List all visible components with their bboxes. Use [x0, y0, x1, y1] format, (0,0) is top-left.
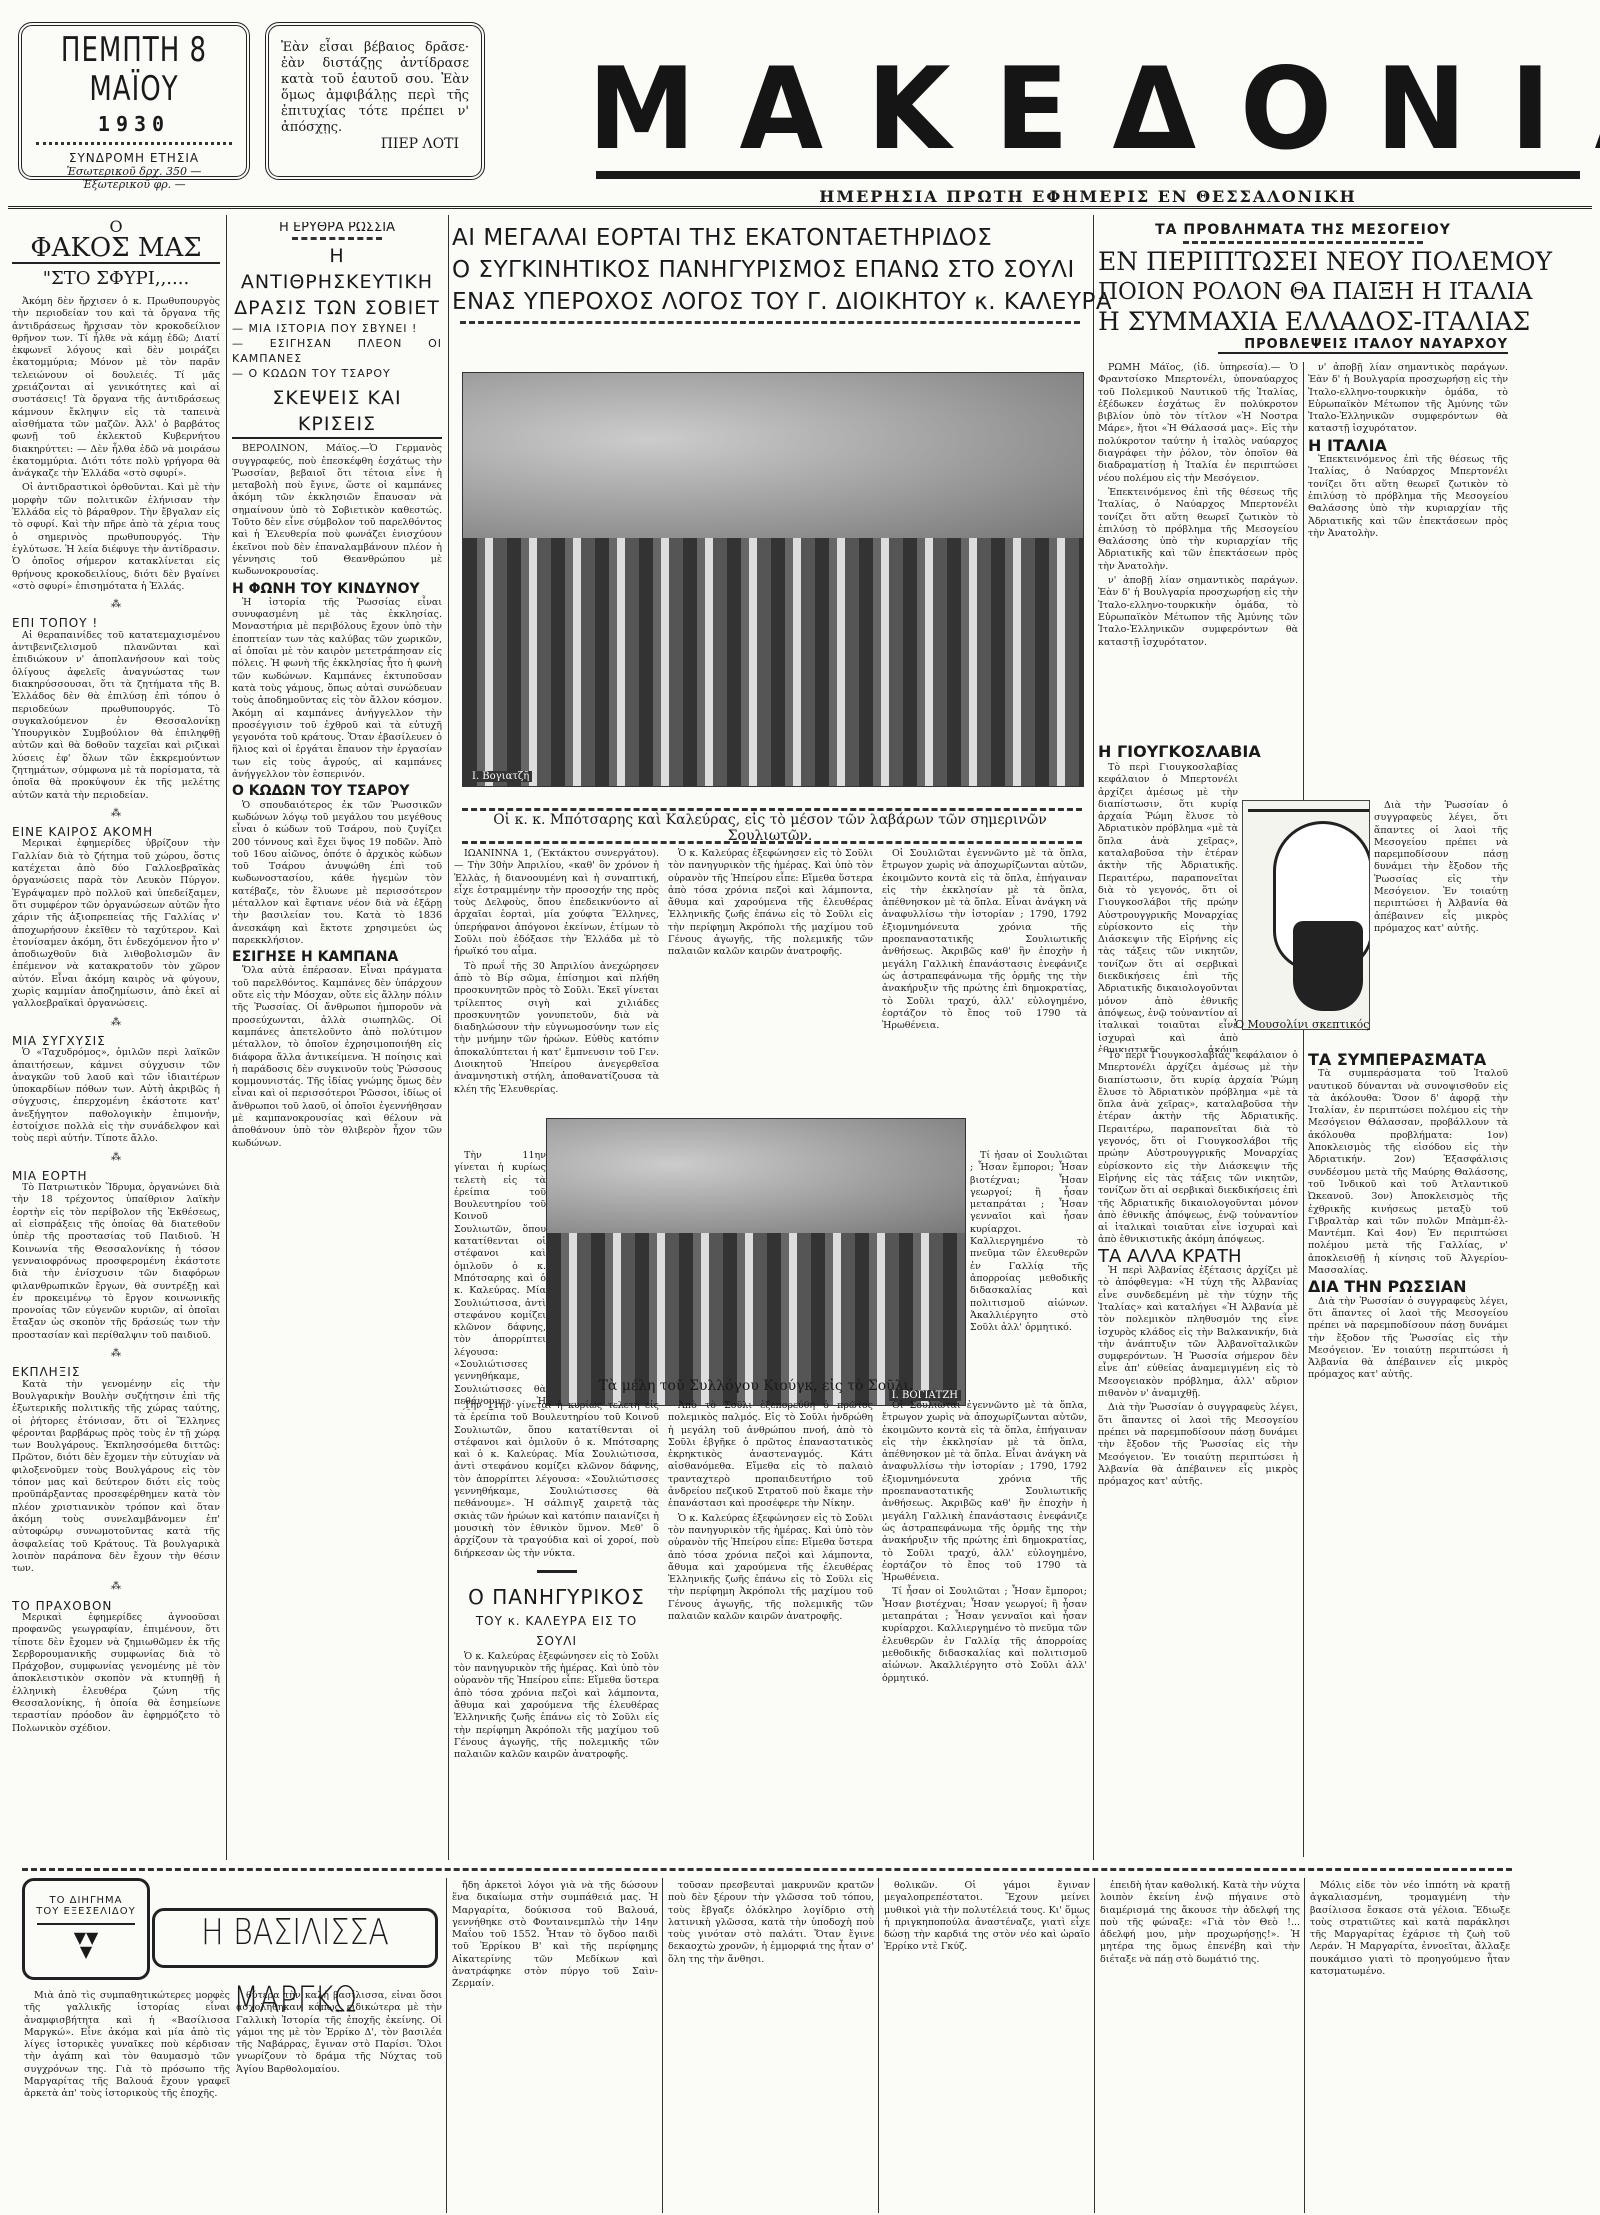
separator-stars: ⁂ [12, 808, 220, 820]
section-text: Ὅλα αὐτὰ ἐπέρασαν. Εἶναι πράγματα τοῦ πα… [232, 965, 442, 1149]
article-paragraph: Τί ἦσαν οἱ Σουλιῶται ; Ἦσαν ἔμποροι; Ἦσα… [970, 1150, 1088, 1334]
story-series-box: ΤΟ ΔΙΗΓΗΜΑ ΤΟΥ ΕΞΕΣΕΛΙΔΟΥ ▼▼▼ [22, 1878, 150, 1980]
section-heading: ΤΑ ΣΥΜΠΕΡΑΣΜΑΤΑ [1308, 1054, 1508, 1066]
heading-small: Ο [12, 220, 220, 234]
article-paragraph: Ἐπεκτεινόμενος ἐπὶ τῆς θέσεως τῆς Ἰταλία… [1098, 487, 1298, 573]
article-kicker: Η ΕΡΥΘΡΑ ΡΩΣΣΙΑ [232, 222, 442, 234]
headline: Η ΑΝΤΙΘΡΗΣΚΕΥΤΙΚΗ [232, 243, 442, 295]
column-rule [662, 1878, 663, 2213]
divider [462, 841, 1082, 844]
main-headline-3: ΕΝΑΣ ΥΠΕΡΟΧΟΣ ΛΟΓΟΣ ΤΟΥ Γ. ΔΙΟΙΚΗΤΟΥ κ. … [452, 286, 1088, 318]
mediterranean-col-a: ΡΩΜΗ Μάϊος, (ἰδ. ὑπηρεσία).— Ὁ Φραντσίσκ… [1098, 362, 1298, 742]
quote-box: Ἐὰν εἶσαι βέβαιος δρᾶσε· ἐὰν διστάζῃς ἀν… [265, 22, 485, 180]
divider [37, 1923, 135, 1925]
headline: ΕΝ ΠΕΡΙΠΤΩΣΕΙ ΝΕΟΥ ΠΟΛΕΜΟΥ [1098, 247, 1508, 277]
separator-stars: ⁂ [12, 1348, 220, 1360]
lead-paragraph: ΒΕΡΟΛΙΝΟΝ, Μάϊος.—Ὁ Γερμανὸς συγγραφεύς,… [232, 443, 442, 578]
column-heading: ΦΑΚΟΣ ΜΑΣ [12, 234, 220, 264]
brief-text: Ὁ «Ταχυδρόμος», ὁμιλῶν περὶ λαϊκῶν ἀπαιτ… [12, 1047, 220, 1145]
story-paragraph: τοῦσαν πρεσβευταὶ μακρυνῶν κρατῶν ποὺ δὲ… [668, 1880, 874, 1966]
subscription-price: Ἐσωτερικοῦ δρχ. 350 — Ἐξωτερικοῦ φρ. — [32, 165, 236, 191]
lead-paragraph: ΡΩΜΗ Μάϊος, (ἰδ. ὑπηρεσία).— Ὁ Φραντσίσκ… [1098, 362, 1298, 485]
section-text: Διὰ τὴν Ῥωσσίαν ὁ συγγραφεὺς λέγει, ὅτι … [1308, 1296, 1508, 1382]
cartoon-mussolini [1242, 800, 1370, 1030]
column-rule [448, 215, 449, 1860]
article-text-col-a: ΙΩΑΝΙΝΝΑ 1, (Ἐκτάκτου συνεργάτου). — Τὴν… [454, 848, 659, 1148]
column-rule [1094, 1878, 1095, 2213]
article-text-col-c2: Οἱ Σουλιῶται ἐγεννῶντο μὲ τὰ ὅπλα, ἔτρωγ… [882, 1400, 1087, 1860]
article-paragraph: ν' ἀποβῇ λίαν σημαντικὸς παράγων. Ἐὰν δ'… [1308, 362, 1508, 436]
article-paragraph: Ὁ κ. Καλεύρας ἐξεφώνησεν εἰς τὸ Σοῦλι τὸ… [668, 1513, 873, 1624]
cartoon-caption: Ὁ Μουσολίνι σκεπτικός [1232, 1018, 1372, 1031]
article-paragraph: Ὁ κ. Καλεύρας ἐξεφώνησεν εἰς τὸ Σοῦλι τὸ… [454, 1651, 659, 1762]
brief-title: ΕΠΙ ΤΟΠΟΥ ! [12, 617, 220, 629]
series-label: ΤΟΥ ΕΞΕΣΕΛΙΔΟΥ [25, 1906, 147, 1917]
mediterranean-col-b2: Διὰ τὴν Ῥωσσίαν ὁ συγγραφεὺς λέγει, ὅτι … [1374, 800, 1508, 1050]
mediterranean-col-a3: Τὸ περὶ Γιουγκοσλαβίας κεφάλαιον ὁ Μπερτ… [1098, 1050, 1298, 1860]
main-story-headlines: ΑΙ ΜΕΓΑΛΑΙ ΕΟΡΤΑΙ ΤΗΣ ΕΚΑΤΟΝΤΑΕΤΗΡΙΔΟΣ Ο… [452, 222, 1088, 327]
brief-title: ΕΙΝΕ ΚΑΙΡΟΣ ΑΚΟΜΗ [12, 826, 220, 838]
section-text: Ἡ περὶ Ἀλβανίας ἐξέτασις ἀρχίζει μὲ τὸ ἀ… [1098, 1265, 1298, 1400]
article-paragraph: ΙΩΑΝΙΝΝΑ 1, (Ἐκτάκτου συνεργάτου). — Τὴν… [454, 848, 659, 959]
column-rule [1093, 215, 1094, 1860]
brief-title: ΤΟ ΠΡΑΧΟΒΟΝ [12, 1600, 220, 1612]
series-label: ΤΟ ΔΙΗΓΗΜΑ [25, 1895, 147, 1906]
story-paragraph: Μιὰ ἀπὸ τὶς συμπαθητικώτερες μορφὲς τῆς … [24, 1990, 230, 2101]
section-heading: Η ΙΤΑΛΙΑ [1308, 440, 1508, 452]
mediterranean-col-b: ν' ἀποβῇ λίαν σημαντικὸς παράγων. Ἐὰν δ'… [1308, 362, 1508, 742]
headline: ΣΚΕΨΕΙΣ ΚΑΙ ΚΡΙΣΕΙΣ [232, 385, 442, 439]
intro-paragraph-2: Οἱ ἀντιδραστικοὶ ὀρθοῦνται. Καὶ μὲ τὴν μ… [12, 482, 220, 593]
section-text: Τὰ συμπεράσματα τοῦ Ἰταλοῦ ναυτικοῦ δύνα… [1308, 1068, 1508, 1277]
column-rule [226, 215, 227, 1860]
section-heading: ΕΣΙΓΗΣΕ Η ΚΑΜΠΑΝΑ [232, 951, 442, 963]
photo-credit: Ι. Βογιατζῆ [469, 771, 532, 782]
brief-text: Κατὰ τὴν γενομένην εἰς τὴν Βουλγαρικὴν Β… [12, 1379, 220, 1576]
header-rule [8, 206, 1592, 209]
divider [1183, 241, 1423, 244]
issue-year: 1930 [32, 112, 236, 136]
column-rule [878, 1878, 879, 2213]
photo-caption: Τὰ μέλη τοῦ Συλλόγου Κιούγκ, εἰς τὸ Σοῦλ… [546, 1378, 966, 1394]
story-paragraph: θολικῶν. Οἱ γάμοι ἔγιναν μεγαλοπρεπέστατ… [884, 1880, 1090, 1954]
column-rule [1304, 1878, 1305, 2213]
section-heading: ΤΑ ΑΛΛΑ ΚΡΑΤΗ [1098, 1251, 1298, 1263]
column-red-russia: Η ΕΡΥΘΡΑ ΡΩΣΣΙΑ Η ΑΝΤΙΘΡΗΣΚΕΥΤΙΚΗ ΔΡΑΣΙΣ… [232, 222, 442, 1858]
subhead: ΠΡΟΒΛΕΨΕΙΣ ΙΤΑΛΟΥ ΝΑΥΑΡΧΟΥ [1218, 337, 1508, 354]
separator-stars: ⁂ [12, 1152, 220, 1164]
story-col-4: τοῦσαν πρεσβευταὶ μακρυνῶν κρατῶν ποὺ δὲ… [668, 1880, 874, 2210]
headline: ΠΟΙΟΝ ΡΟΛΟΝ ΘΑ ΠΑΙΞΗ Η ΙΤΑΛΙΑ [1098, 277, 1508, 307]
separator-stars: ⁂ [12, 599, 220, 611]
story-paragraph: ἐπειδὴ ἦταν καθολική. Κατὰ τὴν νύχτα λοι… [1100, 1880, 1300, 1966]
divider [462, 808, 1082, 811]
subscription-label: ΣΥΝΔΡΟΜΗ ΕΤΗΣΙΑ [32, 151, 236, 165]
article-text-col-c: Οἱ Σουλιῶται ἐγεννῶντο μὲ τὰ ὅπλα, ἔτρωγ… [882, 848, 1087, 1148]
divider [537, 1570, 577, 1573]
mediterranean-col-b3: ΤΑ ΣΥΜΠΕΡΑΣΜΑΤΑ Τὰ συμπεράσματα τοῦ Ἰταλ… [1308, 1050, 1508, 1860]
article-text-col-a2: Τὴν 11ην γίνεται ἡ κυρίως τελετὴ εἰς τὰ … [454, 1400, 659, 1860]
article-text-col-b: Ὁ κ. Καλεύρας ἐξεφώνησεν εἰς τὸ Σοῦλι τὸ… [668, 848, 873, 1148]
main-headline-1: ΑΙ ΜΕΓΑΛΑΙ ΕΟΡΤΑΙ ΤΗΣ ΕΚΑΤΟΝΤΑΕΤΗΡΙΔΟΣ [452, 222, 1088, 254]
column-fakos-mas: Ο ΦΑΚΟΣ ΜΑΣ "ΣΤΟ ΣΦΥΡΙ,,.... Ἀκόμη δὲν ἤ… [12, 220, 220, 1860]
mediterranean-yugoslavia-text: Τὸ περὶ Γιουγκοσλαβίας κεφάλαιον ὁ Μπερτ… [1098, 762, 1238, 1052]
story-col-7: Μόλις εἶδε τὸν νέο ἱππότη νὰ κρατῇ ἀγκαλ… [1310, 1880, 1510, 2210]
section-text: Ἡ ἱστορία τῆς Ῥωσσίας εἶναι συνυφασμένη … [232, 597, 442, 781]
masthead: ΜΑΚΕΔΟΝΙΑ ΗΜΕΡΗΣΙΑ ΠΡΩΤΗ ΕΦΗΜΕΡΙΣ ΕΝ ΘΕΣ… [588, 55, 1588, 206]
column-rule [1303, 362, 1304, 1857]
article-text-col-b2: Ἀπὸ τὸ Σοῦλι ἐξεπορεύθη ὁ πρῶτος πολεμικ… [668, 1400, 873, 1860]
divider [460, 321, 1080, 324]
divider [292, 237, 382, 240]
brief-text: Μερικαὶ ἐφημερίδες ἀγνοοῦσαι προφανῶς γε… [12, 1612, 220, 1735]
photo-botsaris-kaleyras: Ι. Βογιατζῆ [462, 372, 1084, 787]
article-paragraph: Ἀπὸ τὸ Σοῦλι ἐξεπορεύθη ὁ πρῶτος πολεμικ… [668, 1400, 873, 1511]
triangle-ornament-icon: ▼▼▼ [25, 1931, 147, 1959]
column-rule [446, 1878, 447, 2213]
section-text: Τὸ περὶ Γιουγκοσλαβίας κεφάλαιον ὁ Μπερτ… [1098, 762, 1238, 1052]
section-text: Διὰ τὴν Ῥωσσίαν ὁ συγγραφεὺς λέγει, ὅτι … [1374, 800, 1508, 935]
mediterranean-headlines: ΤΑ ΠΡΟΒΛΗΜΑΤΑ ΤΗΣ ΜΕΣΟΓΕΙΟΥ ΕΝ ΠΕΡΙΠΤΩΣΕ… [1098, 222, 1508, 354]
article-paragraph: ν' ἀποβῇ λίαν σημαντικὸς παράγων. Ἐὰν δ'… [1098, 575, 1298, 649]
issue-date: ΠΕΜΠΤΗ 8 ΜΑΪΟΥ [32, 31, 236, 109]
article-paragraph: Οἱ Σουλιῶται ἐγεννῶντο μὲ τὰ ὅπλα, ἔτρωγ… [882, 1400, 1087, 1584]
newspaper-subtitle: ΗΜΕΡΗΣΙΑ ΠΡΩΤΗ ΕΦΗΜΕΡΙΣ ΕΝ ΘΕΣΣΑΛΟΝΙΚΗ [588, 187, 1588, 206]
brief-title: ΕΚΠΛΗΞΙΣ [12, 1366, 220, 1378]
article-paragraph: Τί ἦσαν οἱ Σουλιῶται ; Ἦσαν ἔμποροι; Ἦσα… [882, 1586, 1087, 1684]
article-paragraph: Οἱ Σουλιῶται ἐγεννῶντο μὲ τὰ ὅπλα, ἔτρωγ… [882, 848, 1087, 1032]
story-col-6: ἐπειδὴ ἦταν καθολική. Κατὰ τὴν νύχτα λοι… [1100, 1880, 1300, 2210]
separator-stars: ⁂ [12, 1017, 220, 1029]
divider [22, 1868, 1512, 1871]
subhead: ΤΟΥ κ. ΚΑΛΕΥΡΑ ΕΙΣ ΤΟ ΣΟΥΛΙ [454, 1611, 659, 1651]
brief-text: Αἱ θεραπαινίδες τοῦ κατατεμαχισμένου ἀντ… [12, 630, 220, 802]
section-heading: Ο ΚΩΔΩΝ ΤΟΥ ΤΣΑΡΟΥ [232, 785, 442, 797]
section-heading: Η ΦΩΝΗ ΤΟΥ ΚΙΝΔΥΝΟΥ [232, 583, 442, 595]
bullet: — ΕΣΙΓΗΣΑΝ ΠΛΕΟΝ ΟΙ ΚΑΜΠΑΝΕΣ [232, 336, 442, 366]
article-text-narrow-left: Τὴν 11ην γίνεται ἡ κυρίως τελετὴ εἰς τὰ … [454, 1150, 546, 1410]
column-subheading: "ΣΤΟ ΣΦΥΡΙ,,.... [12, 268, 220, 290]
section-heading: Η ΓΙΟΥΓΚΟΣΛΑΒΙΑ [1098, 746, 1508, 758]
divider [36, 142, 232, 145]
brief-title: ΜΙΑ ΕΟΡΤΗ [12, 1170, 220, 1182]
story-col-2: θύτερα τὴν καλὴ βασίλισσα, εἶναι ὅσοι ἀσ… [236, 1990, 442, 2210]
article-paragraph: Ὁ κ. Καλεύρας ἐξεφώνησεν εἰς τὸ Σοῦλι τὸ… [668, 848, 873, 959]
main-headline-2: Ο ΣΥΓΚΙΝΗΤΙΚΟΣ ΠΑΝΗΓΥΡΙΣΜΟΣ ΕΠΑΝΩ ΣΤΟ ΣΟ… [452, 254, 1088, 286]
section-heading: ΔΙΑ ΤΗΝ ΡΩΣΣΙΑΝ [1308, 1281, 1508, 1293]
story-col-3: ἤδη ἀρκετοὶ λόγοι γιὰ νὰ τῆς δώσουν ἕνα … [452, 1880, 658, 2210]
quote-author: ΠΙΕΡ ΛΟΤΙ [281, 136, 459, 152]
bullet: — ΜΙΑ ΙΣΤΟΡΙΑ ΠΟΥ ΣΒΥΝΕΙ ! [232, 321, 442, 336]
section-text: Τὸ περὶ Γιουγκοσλαβίας κεφάλαιον ὁ Μπερτ… [1098, 1050, 1298, 1247]
story-title-box: Η ΒΑΣΙΛΙΣΣΑ ΜΑΡΓΚΩ [152, 1908, 438, 1968]
section-text: Ὁ σπουδαιότερος ἐκ τῶν Ῥωσσικῶν κωδώνων … [232, 800, 442, 948]
brief-text: Μερικαὶ ἐφημερίδες ὑβρίζουν τὴν Γαλλίαν … [12, 838, 220, 1010]
date-box: ΠΕΜΠΤΗ 8 ΜΑΪΟΥ 1930 ΣΥΝΔΡΟΜΗ ΕΤΗΣΙΑ Ἐσωτ… [18, 22, 250, 180]
article-paragraph: Τὸ πρωΐ τῆς 30 Ἀπριλίου ἀνεχώρησεν ἀπὸ τ… [454, 961, 659, 1096]
bullet: — Ο ΚΩΔΩΝ ΤΟΥ ΤΣΑΡΟΥ [232, 366, 442, 381]
article-paragraph: Τὴν 11ην γίνεται ἡ κυρίως τελετὴ εἰς τὰ … [454, 1400, 659, 1560]
story-col-5: θολικῶν. Οἱ γάμοι ἔγιναν μεγαλοπρεπέστατ… [884, 1880, 1090, 2210]
story-paragraph: θύτερα τὴν καλὴ βασίλισσα, εἶναι ὅσοι ἀσ… [236, 1990, 442, 2076]
article-text-narrow-right: Τί ἦσαν οἱ Σουλιῶται ; Ἦσαν ἔμποροι; Ἦσα… [970, 1150, 1088, 1410]
section-text: Ἐπεκτεινόμενος ἐπὶ τῆς θέσεως τῆς Ἰταλία… [1308, 454, 1508, 540]
quote-text: Ἐὰν εἶσαι βέβαιος δρᾶσε· ἐὰν διστάζῃς ἀν… [281, 40, 469, 136]
article-kicker: ΤΑ ΠΡΟΒΛΗΜΑΤΑ ΤΗΣ ΜΕΣΟΓΕΙΟΥ [1098, 222, 1508, 238]
headline: ΔΡΑΣΙΣ ΤΩΝ ΣΟΒΙΕΤ [232, 295, 442, 321]
section-text: Διὰ τὴν Ῥωσσίαν ὁ συγγραφεὺς λέγει, ὅτι … [1098, 1402, 1298, 1488]
story-paragraph: ἤδη ἀρκετοὶ λόγοι γιὰ νὰ τῆς δώσουν ἕνα … [452, 1880, 658, 1991]
intro-paragraph: Ἀκόμη δὲν ἤρχισεν ὁ κ. Πρωθυπουργὸς τὴν … [12, 296, 220, 480]
brief-title: ΜΙΑ ΣΥΓΧΥΣΙΣ [12, 1035, 220, 1047]
story-paragraph: Μόλις εἶδε τὸν νέο ἱππότη νὰ κρατῇ ἀγκαλ… [1310, 1880, 1510, 1978]
article-paragraph: Τὴν 11ην γίνεται ἡ κυρίως τελετὴ εἰς τὰ … [454, 1150, 546, 1410]
headline: Η ΣΥΜΜΑΧΙΑ ΕΛΛΑΔΟΣ-ΙΤΑΛΙΑΣ [1098, 307, 1508, 337]
story-col-1: Μιὰ ἀπὸ τὶς συμπαθητικώτερες μορφὲς τῆς … [24, 1990, 230, 2210]
separator-stars: ⁂ [12, 1581, 220, 1593]
photo-caption: Οἱ κ. κ. Μπότσαρης καὶ Καλεύρας, εἰς τὸ … [452, 812, 1088, 844]
brief-text: Τὸ Πατριωτικὸν Ἵδρυμα, ὀργανώνει διὰ τὴν… [12, 1182, 220, 1342]
newspaper-title: ΜΑΚΕΔΟΝΙΑ [588, 52, 1588, 168]
photo-kioug-society: Ι. ΒΟΓΙΑΤΖΗ [546, 1118, 966, 1406]
subhead: Ο ΠΑΝΗΓΥΡΙΚΟΣ [454, 1583, 659, 1611]
